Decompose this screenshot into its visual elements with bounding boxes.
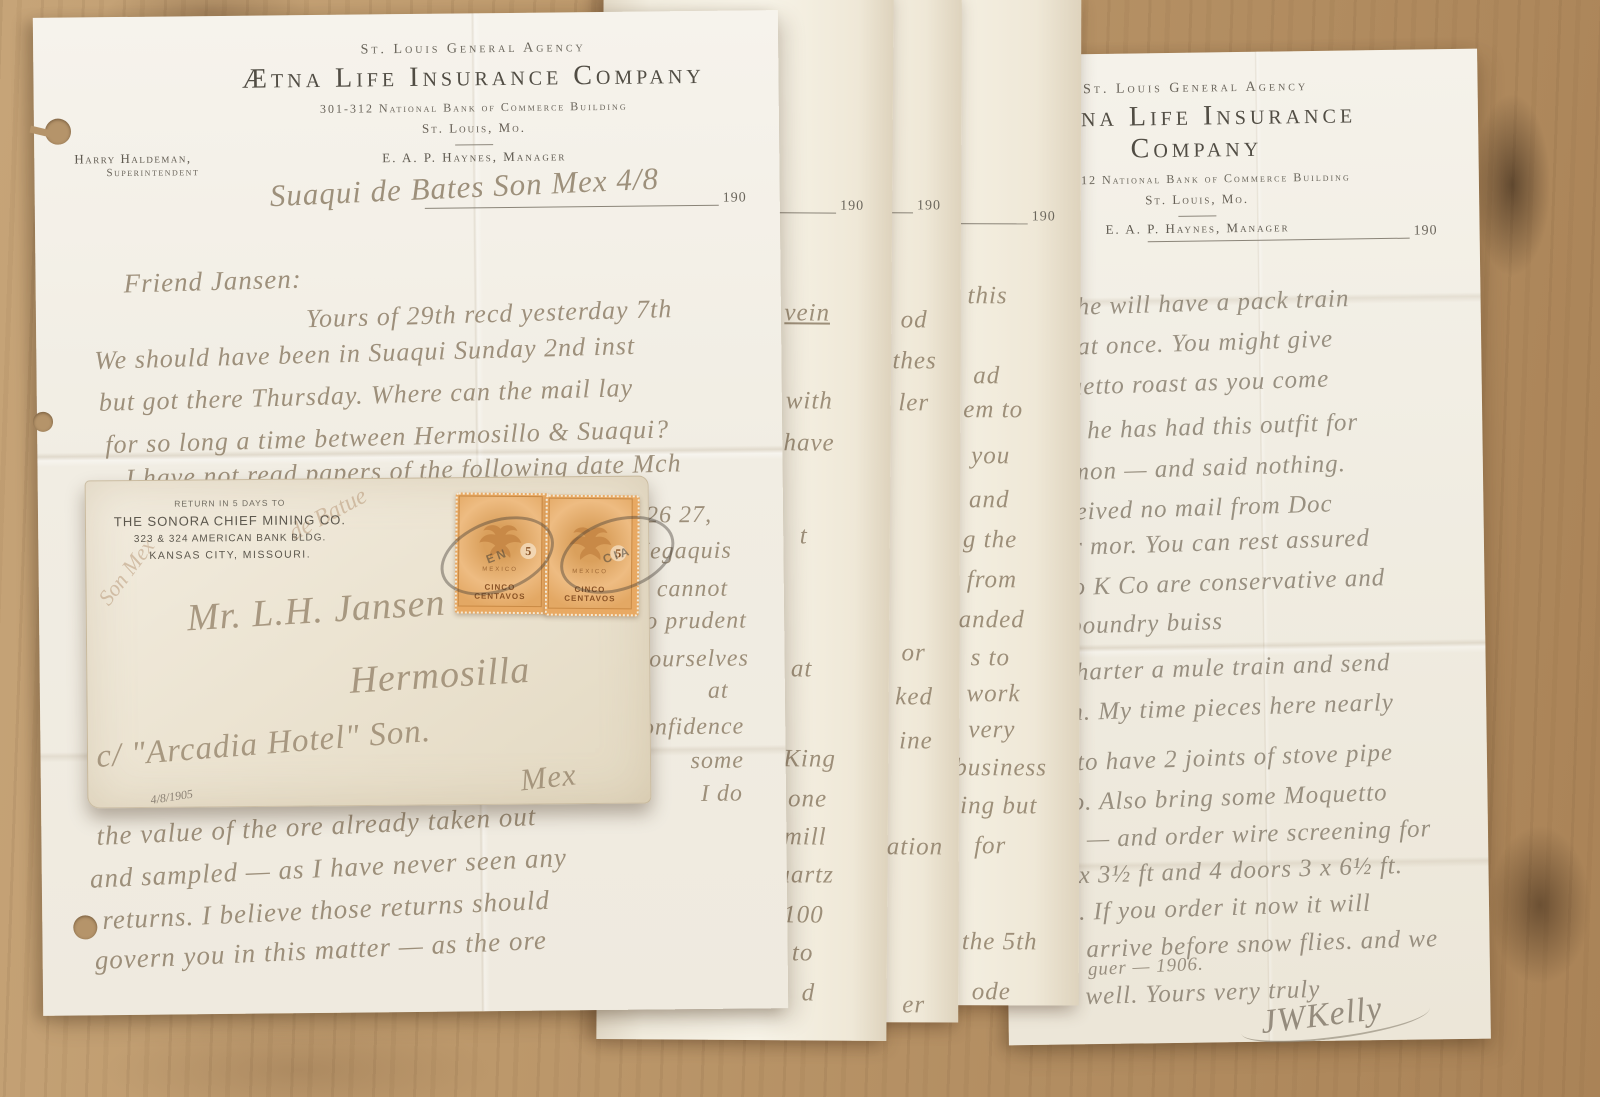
handwritten-line: govern you in this matter — as the ore (94, 927, 547, 974)
handwriting-fragment: mill (784, 824, 827, 849)
handwriting-fragment: ode (972, 979, 1011, 1004)
handwritten-line: ceived no mail from Doc (1063, 491, 1333, 524)
handwriting-fragment: this (968, 283, 1008, 308)
year-stub: 190 (840, 201, 864, 214)
handwriting-fragment: ked (895, 684, 933, 709)
handwriting-fragment: ation (887, 834, 943, 859)
printed-date-line: 190 (1148, 225, 1438, 242)
handwriting-fragment: od (901, 307, 928, 332)
letterhead-page1: St. Louis General Agency Ætna Life Insur… (163, 38, 784, 168)
handwriting-fragment: anded (959, 607, 1025, 632)
handwritten-line: o he has had this outfit for (1066, 410, 1359, 444)
date-rule (1148, 236, 1410, 242)
handwriting-fragment: very (968, 717, 1015, 742)
handwritten-line: Yours of 29th recd yesterday 7th (306, 296, 673, 332)
handwriting-fragment: and (969, 487, 1010, 512)
handwriting-fragment: vein (784, 300, 830, 325)
superintendent-block: Harry Haldeman, Superintendent (74, 150, 199, 179)
handwritten-line: charter a mule train and send (1063, 650, 1391, 685)
handwriting-fragment: from (967, 567, 1017, 592)
stamp-value-word: CENTAVOS (549, 594, 631, 604)
handwriting-fragment: to (792, 940, 814, 965)
handwriting-fragment: s to (971, 645, 1011, 670)
wooden-table-photo: St. Louis General Agency Ætna Life Insur… (0, 0, 1600, 1097)
handwriting-fragment: business (954, 755, 1047, 780)
handwritten-line: guer — 1906. (1087, 955, 1204, 980)
return-label: RETURN IN 5 DAYS TO (110, 497, 350, 509)
handwriting-fragment: t (800, 523, 808, 548)
handwriting-fragment: you (971, 443, 1010, 468)
handwriting-fragment: at (708, 679, 729, 703)
handwriting-fragment: with (786, 388, 833, 413)
year-stub: 190 (917, 200, 941, 213)
envelope-address-name: Mr. L.H. Jansen (186, 584, 447, 638)
handwritten-line: but got there Thursday. Where can the ma… (99, 375, 634, 416)
handwriting-fragment: one (788, 786, 827, 811)
handwriting-fragment: have (783, 430, 834, 455)
letterhead-manager-line: E. A. P. Haynes, Manager (164, 146, 784, 168)
handwritten-line: uetto roast as you come (1069, 367, 1329, 400)
return-city: KANSAS CITY, MISSOURI. (110, 548, 350, 562)
letterhead-city-line: St. Louis, Mo. (164, 117, 784, 139)
handwriting-fragment: ine (899, 728, 933, 753)
handwriting-fragment: King (783, 746, 836, 771)
handwritten-line: l. If you order it now it will (1071, 891, 1372, 925)
year-stub: 190 (1032, 211, 1056, 224)
handwritten-line: g — and order wire screening for (1066, 816, 1432, 852)
handwriting-fragment: yourselves (637, 646, 749, 671)
handwritten-line: mon — and said nothing. (1071, 451, 1347, 485)
handwritten-line: at once. You might give (1077, 326, 1334, 359)
punch-hole (73, 915, 97, 939)
handwriting-fragment: ler (898, 390, 929, 415)
handwriting-fragment: 100 (783, 902, 824, 927)
handwritten-line: o. Also bring some Moquetto (1071, 780, 1388, 815)
return-company: THE SONORA CHIEF MINING CO. (110, 512, 350, 529)
year-stub: 190 (723, 192, 747, 205)
handwriting-fragment: d (802, 980, 816, 1005)
handwriting-fragment: some (690, 749, 744, 774)
envelope-address-line: Mex (519, 758, 578, 795)
handwritten-line: to have 2 joints of stove pipe (1077, 740, 1394, 775)
pencil-note: 4/8/1905 (150, 788, 194, 806)
handwritten-line: x 3½ ft and 4 doors 3 x 6½ ft. (1078, 853, 1403, 888)
handwritten-line: the value of the ore already taken out (96, 803, 537, 850)
handwriting-fragment: or (901, 640, 925, 665)
superintendent-name: Harry Haldeman, (74, 150, 199, 167)
letterhead-building-line: 301-312 National Bank of Commerce Buildi… (164, 97, 784, 118)
handwriting-fragment: o prudent (645, 608, 747, 633)
handwriting-fragment: em to (963, 397, 1023, 422)
handwriting-fragment: er (902, 992, 925, 1017)
handwritten-line: and sampled — as I have never seen any (89, 844, 567, 893)
handwritten-line: We should have been in Suaqui Sunday 2nd… (94, 333, 635, 374)
letterhead-divider (1178, 215, 1216, 217)
letterhead-agency-line: St. Louis General Agency (163, 38, 783, 60)
handwriting-fragment: ing but (960, 793, 1037, 818)
handwritten-line: he will have a pack train (1076, 286, 1350, 320)
letterhead-company-name: Ætna Life Insurance Company (163, 58, 783, 96)
letterhead-divider (455, 144, 493, 145)
handwritten-line: to K Co are conservative and (1064, 565, 1385, 600)
punch-hole (33, 412, 53, 432)
handwriting-fragment: a cannot (637, 577, 729, 602)
handwriting-fragment: g the (963, 527, 1017, 552)
return-building: 323 & 324 AMERICAN BANK BLDG. (110, 532, 350, 545)
year-stub: 190 (1414, 225, 1438, 238)
printed-date-line: 190 (946, 211, 1056, 224)
salutation: Friend Jansen: (123, 266, 302, 298)
handwriting-fragment: ad (973, 363, 1000, 388)
envelope-address-city: Hermosilla (348, 651, 531, 700)
superintendent-title: Superintendent (106, 166, 199, 179)
envelope-address-line: c/ "Arcadia Hotel" Son. (95, 715, 432, 774)
handwritten-line: th. My time pieces here nearly (1062, 690, 1394, 725)
handwriting-fragment: at (791, 656, 813, 681)
handwriting-fragment: I do (701, 782, 743, 806)
handwriting-fragment: work (966, 681, 1020, 706)
handwriting-fragment: thes (892, 348, 936, 373)
handwriting-fragment: for (974, 833, 1006, 858)
handwritten-line: er mor. You can rest assured (1060, 526, 1371, 561)
return-address-block: RETURN IN 5 DAYS TO THE SONORA CHIEF MIN… (110, 497, 351, 562)
handwritten-line: boundry buiss (1069, 609, 1224, 639)
envelope: de Batue Son Mex RETURN IN 5 DAYS TO THE… (85, 476, 652, 809)
handwriting-fragment: the 5th (962, 929, 1038, 954)
